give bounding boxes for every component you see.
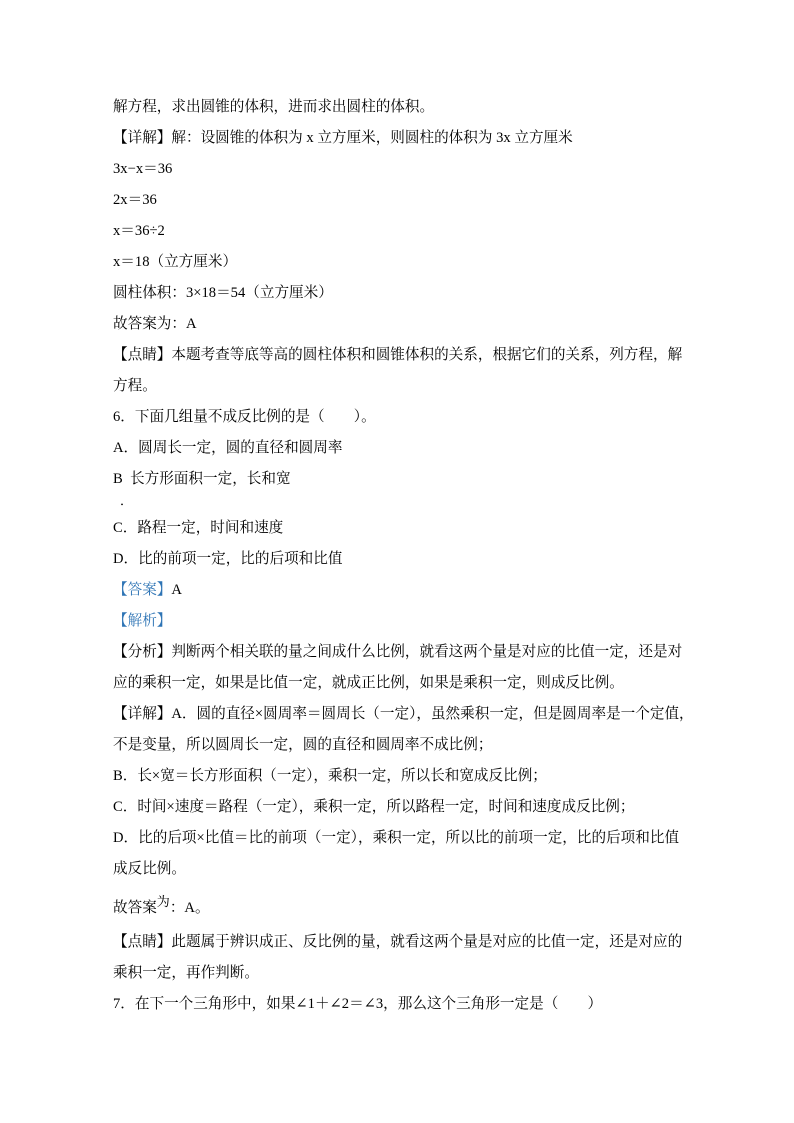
text-run: D．比的后项×比值＝比的前项（一定），乘积一定，所以比的前项一定，比的后项和比值 xyxy=(113,830,679,846)
text-run: B 长方形面积一定，长和宽 xyxy=(113,471,291,487)
text-run: 故答案 xyxy=(113,900,157,916)
text-run: 此题属于辨识成正、反比例的量，就看这两个量是对应的比值一定，还是对应的 xyxy=(171,934,682,950)
equation-line: 3x−x＝36 xyxy=(113,154,723,185)
solution-method-line: 解方程，求出圆锥的体积，进而求出圆柱的体积。 xyxy=(113,92,723,123)
text-run: 圆柱体积：3×18＝54（立方厘米） xyxy=(113,285,333,301)
equation-line: 圆柱体积：3×18＝54（立方厘米） xyxy=(113,278,723,309)
detail-line-b: B．长×宽＝长方形面积（一定），乘积一定，所以长和宽成反比例； xyxy=(113,761,723,792)
text-run: 2x＝36 xyxy=(113,192,157,208)
option-b: B 长方形面积一定，长和宽 xyxy=(113,464,723,495)
answer-statement-line: 故答案为：A xyxy=(113,309,723,340)
text-run: 解方程，求出圆锥的体积，进而求出圆柱的体积。 xyxy=(113,99,434,115)
analysis-line: 【分析】判断两个相关联的量之间成什么比例，就看这两个量是对应的比值一定，还是对 xyxy=(113,637,723,668)
text-run: C．路程一定，时间和速度 xyxy=(113,520,283,536)
option-b-wrapped-period: ． xyxy=(113,495,723,513)
text-run: ：A。 xyxy=(170,900,210,916)
tip-line: 【点睛】此题属于辨识成正、反比例的量，就看这两个量是对应的比值一定，还是对应的 xyxy=(113,927,723,958)
section-label: 【点睛】 xyxy=(113,934,171,950)
detail-solution-line: 【详解】解：设圆锥的体积为 x 立方厘米，则圆柱的体积为 3x 立方厘米 xyxy=(113,123,723,154)
detail-line-d-continued: 成反比例。 xyxy=(113,854,723,885)
question-6-stem: 6．下面几组量不成反比例的是（ ）。 xyxy=(113,402,723,433)
section-label: 【点睛】 xyxy=(113,347,171,363)
analysis-line-continued: 应的乘积一定，如果是比值一定，就成正比例，如果是乘积一定，则成反比例。 xyxy=(113,668,723,699)
text-run: 成反比例。 xyxy=(113,861,186,877)
text-run: 6．下面几组量不成反比例的是（ ）。 xyxy=(113,409,376,425)
document-content: 解方程，求出圆锥的体积，进而求出圆柱的体积。【详解】解：设圆锥的体积为 x 立方… xyxy=(113,92,723,1020)
tip-line-continued: 方程。 xyxy=(113,371,723,402)
text-run: 不是变量，所以圆周长一定，圆的直径和圆周率不成比例； xyxy=(113,737,492,753)
text-run: A．圆的直径×圆周率＝圆周长（一定），虽然乘积一定，但是圆周率是一个定值， xyxy=(171,706,693,722)
analysis-header-line: 【解析】 xyxy=(113,606,723,637)
section-label: 【详解】 xyxy=(113,706,171,722)
detail-line-c: C．时间×速度＝路程（一定），乘积一定，所以路程一定，时间和速度成反比例； xyxy=(113,792,723,823)
answer-statement-line: 故答案为：A。 xyxy=(113,892,723,923)
option-a: A．圆周长一定，圆的直径和圆周率 xyxy=(113,433,723,464)
text-run: x＝18（立方厘米） xyxy=(113,254,237,270)
text-run: 本题考查等底等高的圆柱体积和圆锥体积的关系，根据它们的关系，列方程，解 xyxy=(171,347,682,363)
detail-line-a-continued: 不是变量，所以圆周长一定，圆的直径和圆周率不成比例； xyxy=(113,730,723,761)
text-run: 3x−x＝36 xyxy=(113,161,172,177)
text-run: ． xyxy=(120,493,133,508)
text-run: B．长×宽＝长方形面积（一定），乘积一定，所以长和宽成反比例； xyxy=(113,768,547,784)
text-run: 应的乘积一定，如果是比值一定，就成正比例，如果是乘积一定，则成反比例。 xyxy=(113,675,624,691)
option-d: D．比的前项一定，比的后项和比值 xyxy=(113,544,723,575)
section-label-blue: 【答案】 xyxy=(113,582,171,598)
text-run: D．比的前项一定，比的后项和比值 xyxy=(113,551,342,567)
option-c: C．路程一定，时间和速度 xyxy=(113,513,723,544)
equation-line: 2x＝36 xyxy=(113,185,723,216)
text-run: 判断两个相关联的量之间成什么比例，就看这两个量是对应的比值一定，还是对 xyxy=(171,644,682,660)
text-run: C．时间×速度＝路程（一定），乘积一定，所以路程一定，时间和速度成反比例； xyxy=(113,799,634,815)
question-7-stem: 7．在下一个三角形中，如果∠1＋∠2＝∠3，那么这个三角形一定是（ ） xyxy=(113,989,723,1020)
text-run: A．圆周长一定，圆的直径和圆周率 xyxy=(113,440,342,456)
document-page: 解方程，求出圆锥的体积，进而求出圆柱的体积。【详解】解：设圆锥的体积为 x 立方… xyxy=(0,0,794,1123)
text-run: x＝36÷2 xyxy=(113,223,165,239)
equation-line: x＝18（立方厘米） xyxy=(113,247,723,278)
tip-line: 【点睛】本题考查等底等高的圆柱体积和圆锥体积的关系，根据它们的关系，列方程，解 xyxy=(113,340,723,371)
text-run: 方程。 xyxy=(113,378,157,394)
text-run: 7．在下一个三角形中，如果∠1＋∠2＝∠3，那么这个三角形一定是（ ） xyxy=(113,996,602,1012)
text-run: 乘积一定，再作判断。 xyxy=(113,965,259,981)
section-label-blue: 【解析】 xyxy=(113,613,171,629)
answer-line: 【答案】A xyxy=(113,575,723,606)
detail-line-d: D．比的后项×比值＝比的前项（一定），乘积一定，所以比的前项一定，比的后项和比值 xyxy=(113,823,723,854)
text-run: 故答案为：A xyxy=(113,316,197,332)
equation-line: x＝36÷2 xyxy=(113,216,723,247)
section-label: 【分析】 xyxy=(113,644,171,660)
superscript-char: 为 xyxy=(157,894,170,909)
text-run: 解：设圆锥的体积为 x 立方厘米，则圆柱的体积为 3x 立方厘米 xyxy=(171,130,572,146)
section-label: 【详解】 xyxy=(113,130,171,146)
text-run: A xyxy=(171,582,182,598)
detail-line-a: 【详解】A．圆的直径×圆周率＝圆周长（一定），虽然乘积一定，但是圆周率是一个定值… xyxy=(113,699,723,730)
tip-line-continued: 乘积一定，再作判断。 xyxy=(113,958,723,989)
